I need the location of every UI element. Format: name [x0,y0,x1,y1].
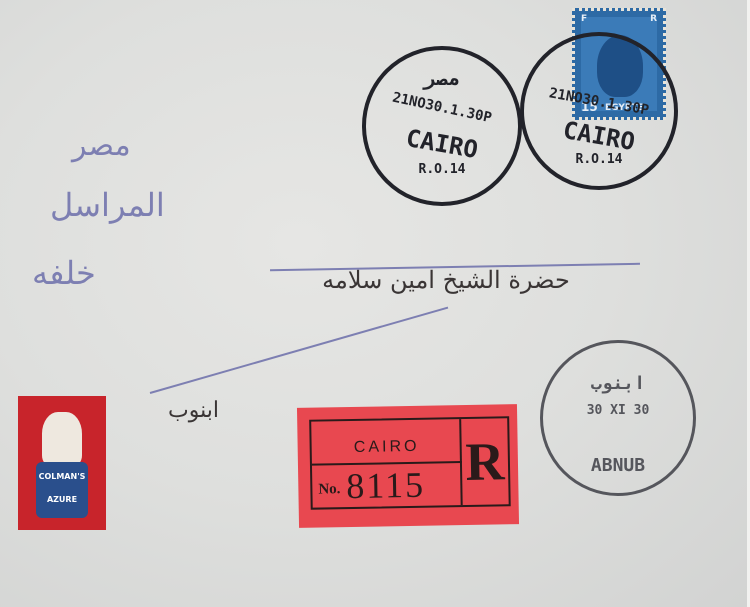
stamp-corner-left: F [581,14,587,24]
tin-can-icon: COLMAN'S AZURE [36,462,88,518]
manuscript-note-1: مصر [72,128,131,163]
reg-no-prefix: No. [318,481,340,498]
flower-icon [42,412,82,466]
stamp-corner-right: R [650,14,657,24]
colmans-azure-label: COLMAN'S AZURE [18,396,106,530]
postmark-cairo-2: 21NO30.1.30P CAIRO R.O.14 [520,32,678,190]
registration-label: CAIRO No. 8115 R [297,404,519,528]
postmark-cairo-1: مصر 21NO30.1.30P CAIRO R.O.14 [362,46,522,206]
manuscript-note-3: خلفه [32,254,96,292]
destination-text: ابنوب [168,398,219,423]
manuscript-note-2: المراسل [50,186,165,224]
envelope: F R 15 EGYPTE مصر 21NO30.1.30P CAIRO R.O… [0,0,750,607]
reg-letter: R [459,418,508,505]
reg-city: CAIRO [312,437,462,458]
strike-line-2 [150,307,449,394]
reg-number: 8115 [346,464,425,507]
postmark-office: R.O.14 [366,162,518,177]
postmark-abnub: ابنوب 30 XI 30 ABNUB [540,340,696,496]
